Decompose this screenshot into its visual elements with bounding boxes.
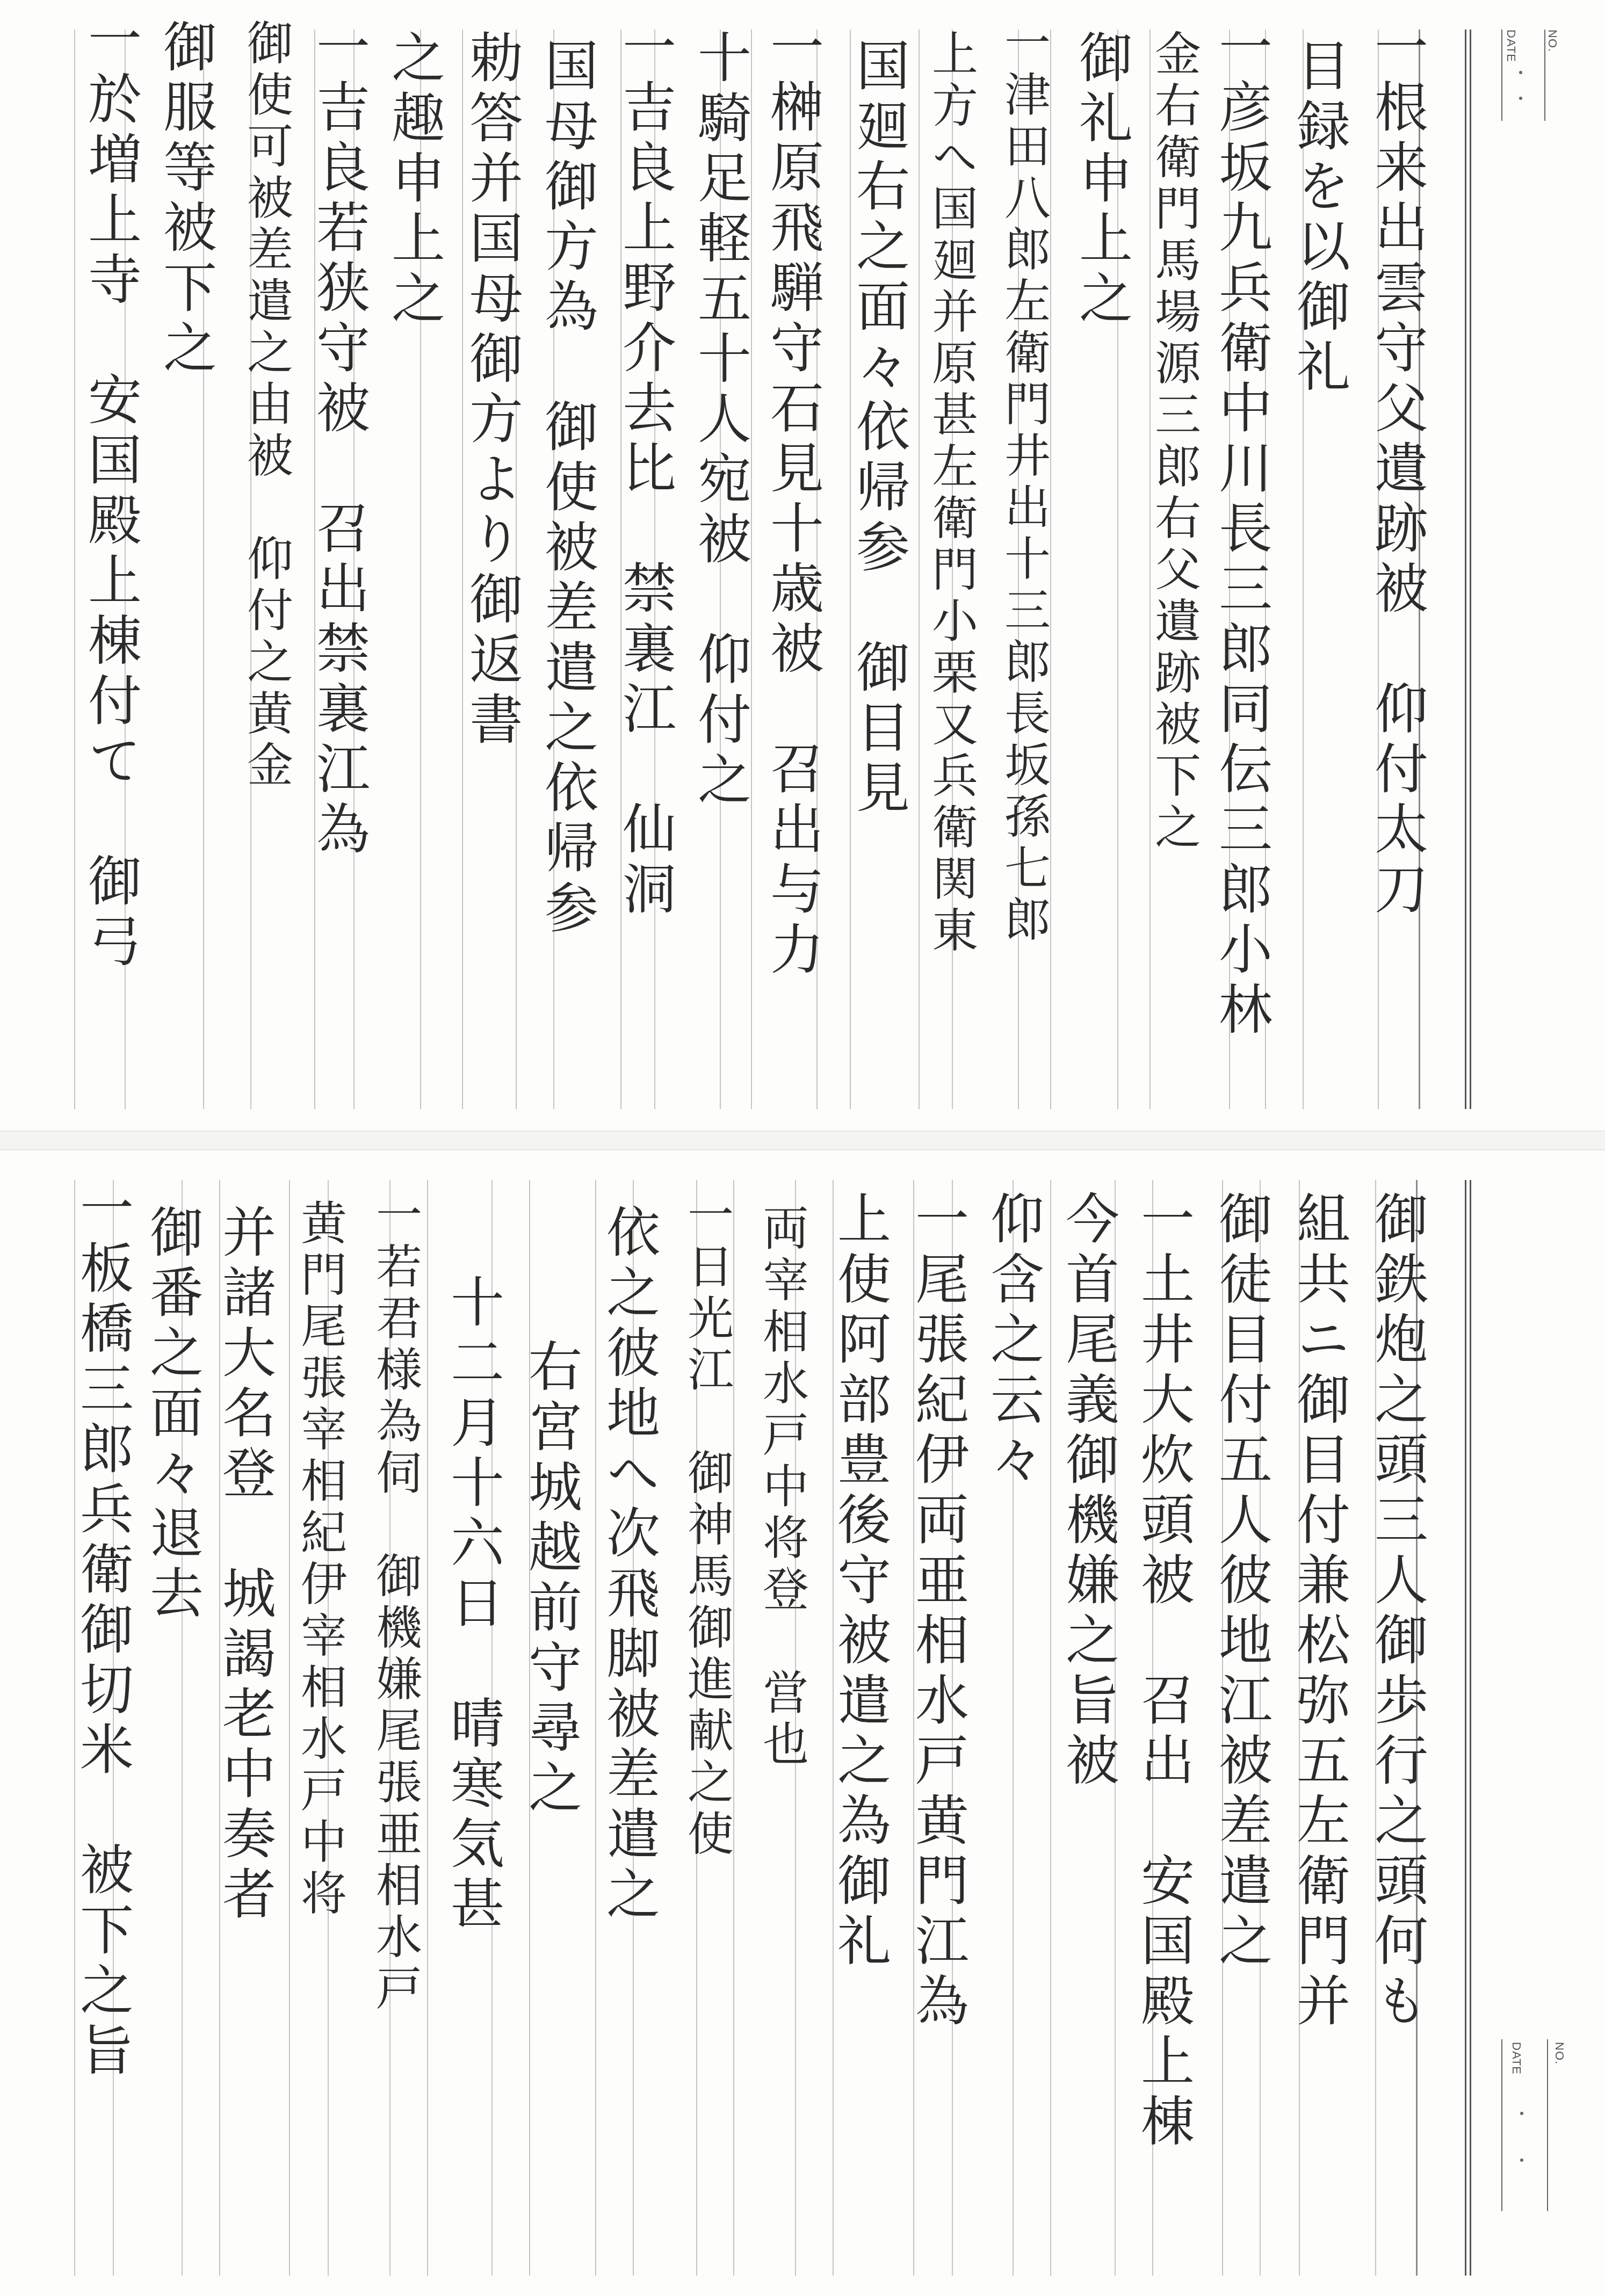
- ruled-line: [74, 30, 75, 1109]
- manuscript-column: 一彦坂九兵衛中川長三郎同伝三郎小林: [1211, 19, 1270, 1041]
- manuscript-column: 一吉良上野介去比 禁裏江 仙洞: [615, 19, 674, 921]
- date-separator-dot: [1520, 2112, 1523, 2115]
- manuscript-column: 組共ニ御目付兼松弥五左衛門并: [1289, 1191, 1348, 2033]
- ruled-line: [595, 1180, 596, 2276]
- manuscript-column: 御服等被下之: [156, 19, 215, 380]
- manuscript-column: 上方へ国廻并原甚左衛門小栗又兵衛関東: [921, 30, 980, 958]
- manuscript-column: 上使阿部豊後守被遣之為御礼: [830, 1191, 889, 1973]
- manuscript-column: 御鉄炮之頭三人御歩行之頭何も: [1367, 1191, 1426, 2033]
- manuscript-column: 一於増上寺 安国殿上棟付て 御弓: [81, 11, 140, 973]
- manuscript-column: 国母御方為 御使被差遣之依帰参: [537, 38, 596, 940]
- date-separator-dot: [1519, 97, 1522, 100]
- manuscript-column: 御礼申上之: [1072, 30, 1131, 330]
- date-label: DATE: [1504, 30, 1518, 62]
- no-field-line[interactable]: [1547, 2039, 1548, 2211]
- manuscript-column: 一尾張紀伊両亜相水戸黄門江為: [908, 1191, 967, 2033]
- manuscript-column: 勅答并国母御方より御返書: [462, 30, 521, 751]
- notebook-page-top: NO. DATE 一根来出雲守父遺跡被 仰付太刀 目録を以御礼 一彦坂九兵衛中川…: [0, 0, 1605, 1132]
- ruled-line: [427, 1180, 428, 2276]
- manuscript-column: 一吉良若狭守被 召出禁裏江為: [309, 19, 368, 861]
- manuscript-column: 并諸大名登 城謁老中奏者: [215, 1204, 274, 1926]
- no-label: NO.: [1552, 2042, 1566, 2065]
- date-separator-dot: [1520, 2159, 1523, 2162]
- double-margin-line: [1465, 30, 1471, 1109]
- date-separator-dot: [1519, 71, 1522, 74]
- manuscript-column: 一根来出雲守父遺跡被 仰付太刀: [1367, 19, 1426, 921]
- notebook-page-bottom: NO. DATE 御鉄炮之頭三人御歩行之頭何も 組共ニ御目付兼松弥五左衛門并 御…: [0, 1149, 1605, 2296]
- no-label: NO.: [1545, 30, 1559, 52]
- date-field-line[interactable]: [1501, 30, 1502, 121]
- manuscript-column: 目録を以御礼: [1289, 38, 1348, 399]
- manuscript-column: 仰含之云々: [983, 1191, 1042, 1491]
- manuscript-column: 之趣申上之: [384, 30, 443, 330]
- manuscript-column: 御徒目付五人彼地江被差遣之: [1211, 1191, 1270, 1973]
- ruled-line: [1050, 1180, 1051, 2276]
- manuscript-column: 御番之面々退去: [142, 1204, 201, 1625]
- manuscript-column: 一若君様為伺 御機嫌尾張亜相水戸: [365, 1191, 424, 2016]
- manuscript-column: 十騎足軽五十人宛被 仰付之: [690, 30, 749, 812]
- manuscript-column: 右宮城越前守尋之: [521, 1338, 580, 1820]
- date-field-line[interactable]: [1501, 2039, 1502, 2211]
- manuscript-column: 国廻右之面々依帰参 御目見: [849, 38, 908, 820]
- manuscript-column: 十二月十六日 晴寒気甚: [443, 1274, 502, 1936]
- manuscript-column: 一日光江 御神馬御進献之使: [677, 1191, 736, 1861]
- manuscript-column: 今首尾義御機嫌之旨被: [1058, 1191, 1117, 1792]
- manuscript-column: 御使可被差遣之由被 仰付之黄金: [236, 19, 295, 792]
- manuscript-column: 一土井大炊頭被 召出 安国殿上棟: [1133, 1191, 1192, 2153]
- date-label: DATE: [1509, 2042, 1523, 2075]
- manuscript-column: 両宰相水戸中将登 営也: [752, 1204, 811, 1771]
- double-margin-line: [1465, 1180, 1471, 2276]
- no-field-line[interactable]: [1544, 30, 1545, 121]
- manuscript-column: 依之彼地へ次飛脚被差遣之: [599, 1204, 658, 1926]
- ruled-line: [919, 30, 920, 1109]
- manuscript-column: 一津田八郎左衛門井出十三郎長坂孫七郎: [994, 19, 1053, 947]
- manuscript-column: 黄門尾張宰相紀伊宰相水戸中将: [290, 1199, 349, 1921]
- manuscript-column: 一榊原飛騨守石見十歳被 召出与力: [763, 19, 822, 981]
- manuscript-column: 一板橋三郎兵衛御切米 被下之旨: [73, 1180, 132, 2082]
- manuscript-column: 金右衛門馬場源三郎右父遺跡被下之: [1144, 30, 1203, 854]
